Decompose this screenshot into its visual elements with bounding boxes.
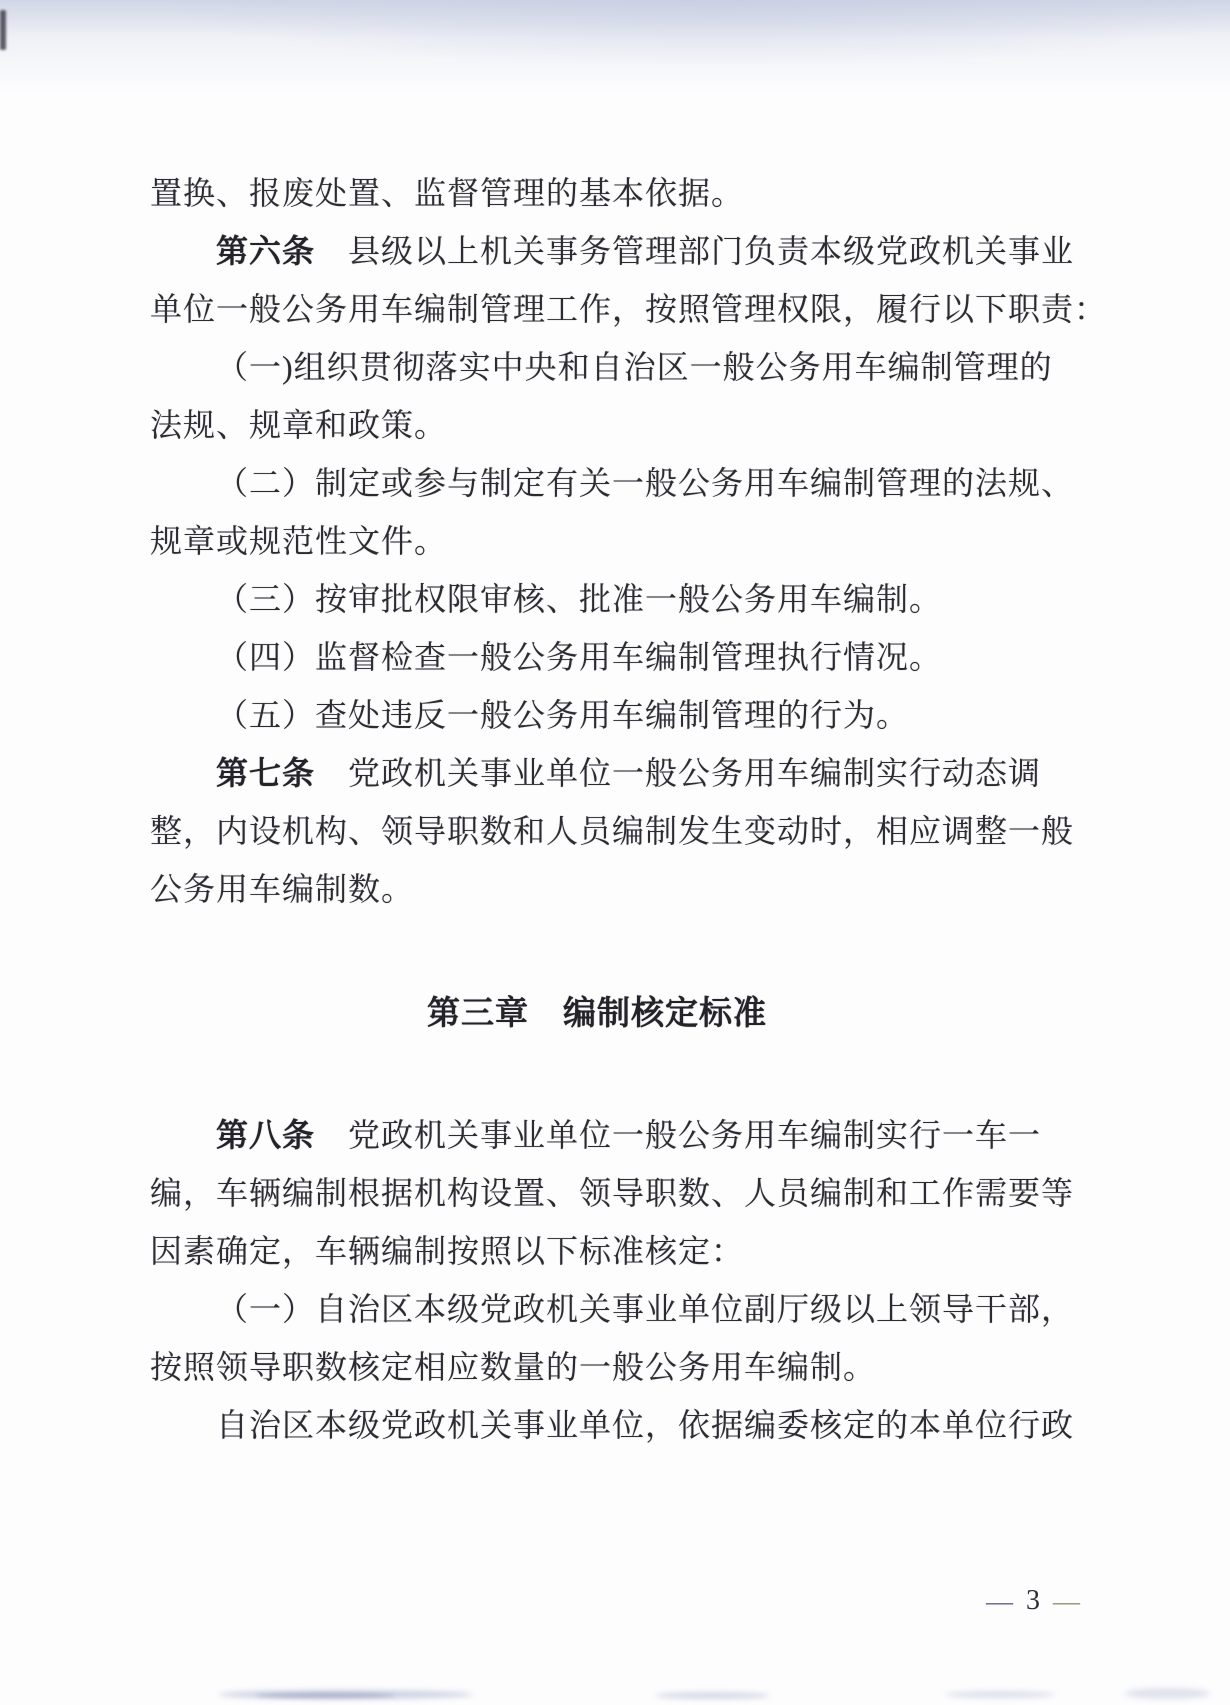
text-line: 第六条 县级以上机关事务管理部门负责本级党政机关事业 <box>150 222 1080 280</box>
scan-artifact-bottom-smudge <box>945 1691 1055 1698</box>
text-line: （二）制定或参与制定有关一般公务用车编制管理的法规、 <box>150 454 1080 512</box>
text-segment: （三）按审批权限审核、批准一般公务用车编制。 <box>216 581 942 617</box>
text-line: 法规、规章和政策。 <box>150 396 1080 454</box>
chapter-heading: 第三章 编制核定标准 <box>150 984 1044 1042</box>
text-segment: 因素确定，车辆编制按照以下标准核定： <box>150 1233 744 1269</box>
text-line: （五）查处违反一般公务用车编制管理的行为。 <box>150 686 1080 744</box>
document-page: 置换、报废处置、监督管理的基本依据。第六条 县级以上机关事务管理部门负责本级党政… <box>0 0 1230 1705</box>
text-segment: 单位一般公务用车编制管理工作，按照管理权限，履行以下职责： <box>150 291 1107 327</box>
text-segment: 自治区本级党政机关事业单位，依据编委核定的本单位行政 <box>216 1407 1074 1443</box>
text-line: （四）监督检查一般公务用车编制管理执行情况。 <box>150 628 1080 686</box>
text-line: 第八条 党政机关事业单位一般公务用车编制实行一车一 <box>150 1106 1080 1164</box>
text-line: 第七条 党政机关事业单位一般公务用车编制实行动态调 <box>150 744 1080 802</box>
emphasis-text: 第八条 <box>216 1117 315 1153</box>
text-line: 置换、报废处置、监督管理的基本依据。 <box>150 164 1080 222</box>
scan-artifact-top-shade <box>0 0 1230 160</box>
text-segment: 县级以上机关事务管理部门负责本级党政机关事业 <box>315 233 1074 269</box>
emphasis-text: 第六条 <box>216 233 315 269</box>
scan-artifact-left-edge-mark <box>0 10 6 50</box>
text-segment: 整，内设机构、领导职数和人员编制发生变动时，相应调整一般 <box>150 813 1074 849</box>
text-segment: 公务用车编制数。 <box>150 871 414 907</box>
page-number-dash-left: — <box>986 1586 1013 1616</box>
text-line: （三）按审批权限审核、批准一般公务用车编制。 <box>150 570 1080 628</box>
page-number: — 3 — <box>986 1586 1080 1616</box>
text-segment: （四）监督检查一般公务用车编制管理执行情况。 <box>216 639 942 675</box>
text-line: 编，车辆编制根据机构设置、领导职数、人员编制和工作需要等 <box>150 1164 1080 1222</box>
text-segment: （一）自治区本级党政机关事业单位副厅级以上领导干部， <box>216 1291 1074 1327</box>
text-segment: （一)组织贯彻落实中央和自治区一般公务用车编制管理的 <box>216 349 1053 385</box>
text-segment: 党政机关事业单位一般公务用车编制实行一车一 <box>315 1117 1041 1153</box>
text-line: （一)组织贯彻落实中央和自治区一般公务用车编制管理的 <box>150 338 1080 396</box>
text-segment: 党政机关事业单位一般公务用车编制实行动态调 <box>315 755 1041 791</box>
text-segment: （五）查处违反一般公务用车编制管理的行为。 <box>216 697 909 733</box>
page-number-value: 3 <box>1026 1586 1040 1616</box>
text-segment: 编，车辆编制根据机构设置、领导职数、人员编制和工作需要等 <box>150 1175 1074 1211</box>
scan-artifact-bottom-smudge <box>255 1693 395 1698</box>
text-segment: 置换、报废处置、监督管理的基本依据。 <box>150 175 744 211</box>
text-line: 自治区本级党政机关事业单位，依据编委核定的本单位行政 <box>150 1396 1080 1454</box>
text-line: 整，内设机构、领导职数和人员编制发生变动时，相应调整一般 <box>150 802 1080 860</box>
text-segment: （二）制定或参与制定有关一般公务用车编制管理的法规、 <box>216 465 1074 501</box>
text-line: 因素确定，车辆编制按照以下标准核定： <box>150 1222 1080 1280</box>
text-line: 单位一般公务用车编制管理工作，按照管理权限，履行以下职责： <box>150 280 1080 338</box>
text-line: 公务用车编制数。 <box>150 860 1080 918</box>
text-line: 规章或规范性文件。 <box>150 512 1080 570</box>
text-segment: 规章或规范性文件。 <box>150 523 447 559</box>
text-segment: 法规、规章和政策。 <box>150 407 447 443</box>
page-number-dash-right: — <box>1053 1586 1080 1616</box>
text-line: （一）自治区本级党政机关事业单位副厅级以上领导干部， <box>150 1280 1080 1338</box>
text-line: 按照领导职数核定相应数量的一般公务用车编制。 <box>150 1338 1080 1396</box>
emphasis-text: 第七条 <box>216 755 315 791</box>
emphasis-text: 第三章 编制核定标准 <box>427 994 767 1031</box>
scan-artifact-bottom-smudge <box>655 1692 770 1699</box>
document-body: 置换、报废处置、监督管理的基本依据。第六条 县级以上机关事务管理部门负责本级党政… <box>150 164 1080 1454</box>
scan-artifact-bottom-smudge <box>1125 1688 1210 1699</box>
text-segment: 按照领导职数核定相应数量的一般公务用车编制。 <box>150 1349 876 1385</box>
